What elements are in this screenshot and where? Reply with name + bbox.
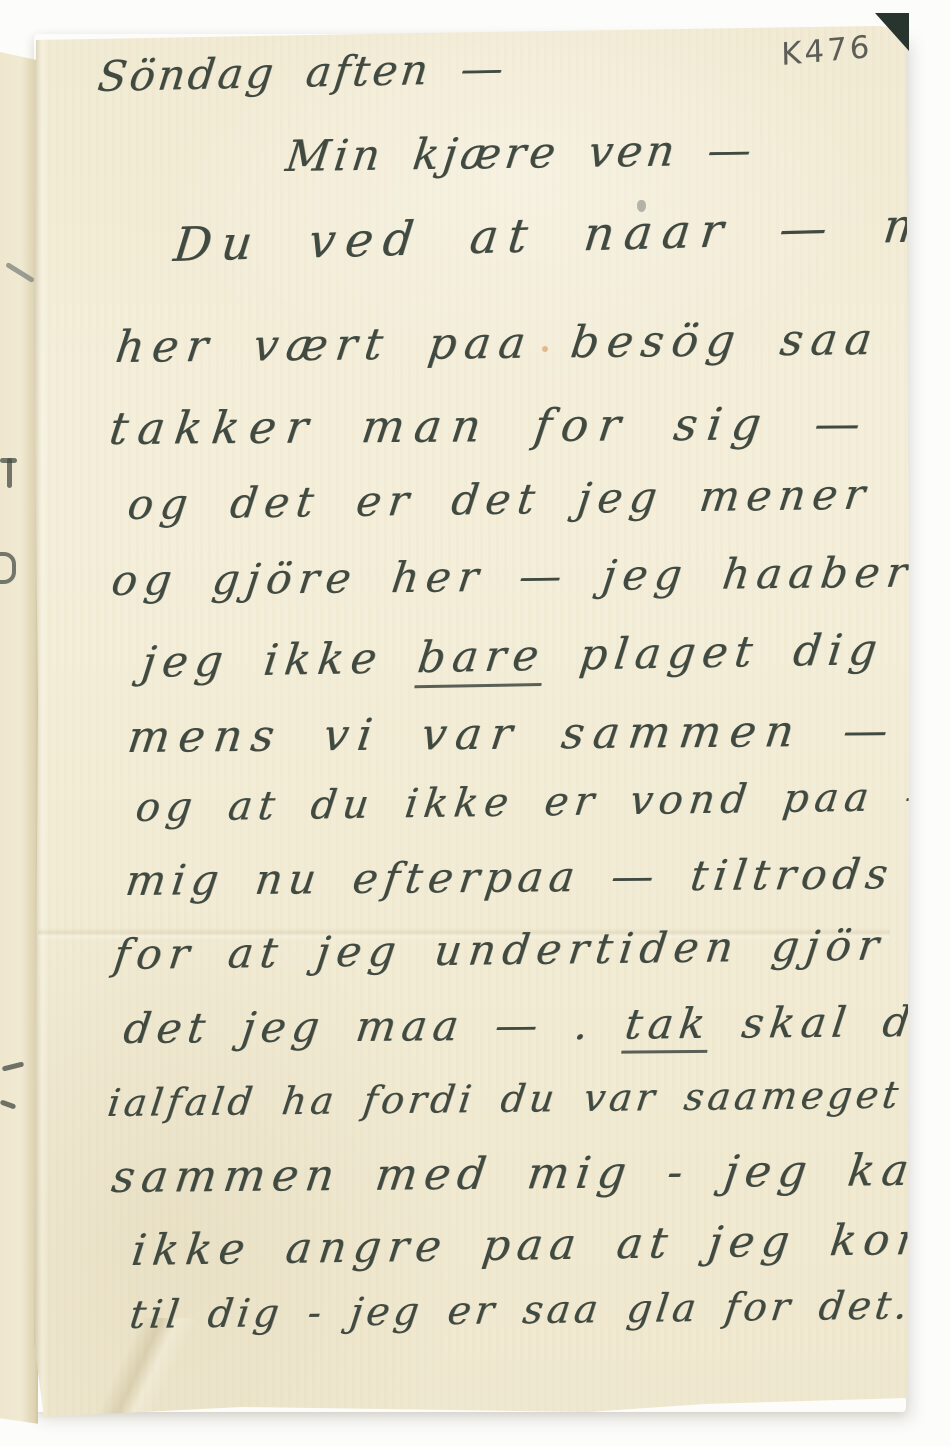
letter-sheet: K476 Söndag aften — Min kjære ven — Du v… bbox=[0, 0, 950, 1446]
edge-ink-fragment bbox=[5, 262, 35, 283]
handwritten-line: jeg ikke bare plaget dig bbox=[139, 629, 886, 685]
line-text: det jeg maa — . bbox=[121, 1000, 629, 1053]
handwritten-line: og gjöre her — jeg haaber bbox=[109, 552, 916, 602]
handwritten-line-dateline: Söndag aften — bbox=[95, 47, 508, 98]
handwritten-line: sammen med mig - jeg kan bbox=[109, 1149, 950, 1200]
edge-ink-fragment bbox=[0, 1099, 16, 1109]
archival-code-label: K476 bbox=[781, 29, 873, 73]
handwritten-line: mig nu efterpaa — tiltrods bbox=[123, 853, 896, 902]
line-text: jeg ikke bbox=[139, 633, 421, 688]
handwritten-line: for at jeg undertiden gjör bbox=[111, 925, 888, 976]
handwritten-line: og det er det jeg mener bbox=[125, 474, 874, 526]
handwritten-line: Du ved at naar — man bbox=[171, 200, 950, 269]
handwritten-line: til dig - jeg er saa gla for det. bbox=[127, 1286, 913, 1335]
handwritten-line: og at du ikke er vond paa — bbox=[133, 777, 950, 828]
handwritten-line: ikke angre paa at jeg kom bbox=[129, 1219, 947, 1273]
underlined-word: tak bbox=[622, 999, 714, 1054]
handwritten-line: takker man for sig — bbox=[107, 401, 873, 451]
handwritten-line: her vært paa besög saa bbox=[113, 318, 882, 370]
handwritten-line: ialfald ha fordi du var saameget bbox=[106, 1076, 905, 1122]
handwritten-line: mens vi var sammen — bbox=[125, 709, 899, 760]
handwritten-line-salutation: Min kjære ven — bbox=[283, 129, 757, 179]
line-text: plaget dig bbox=[542, 625, 886, 681]
handwritten-line: det jeg maa — . tak skal du bbox=[121, 1001, 950, 1050]
edge-ink-fragment bbox=[7, 458, 12, 488]
folded-page-edge bbox=[0, 52, 38, 1432]
edge-ink-fragment bbox=[0, 552, 16, 584]
edge-ink-fragment bbox=[2, 1061, 25, 1071]
line-text: skal du bbox=[708, 997, 950, 1048]
underlined-word: bare bbox=[414, 631, 548, 688]
scanned-letter-page: K476 Söndag aften — Min kjære ven — Du v… bbox=[0, 0, 950, 1446]
